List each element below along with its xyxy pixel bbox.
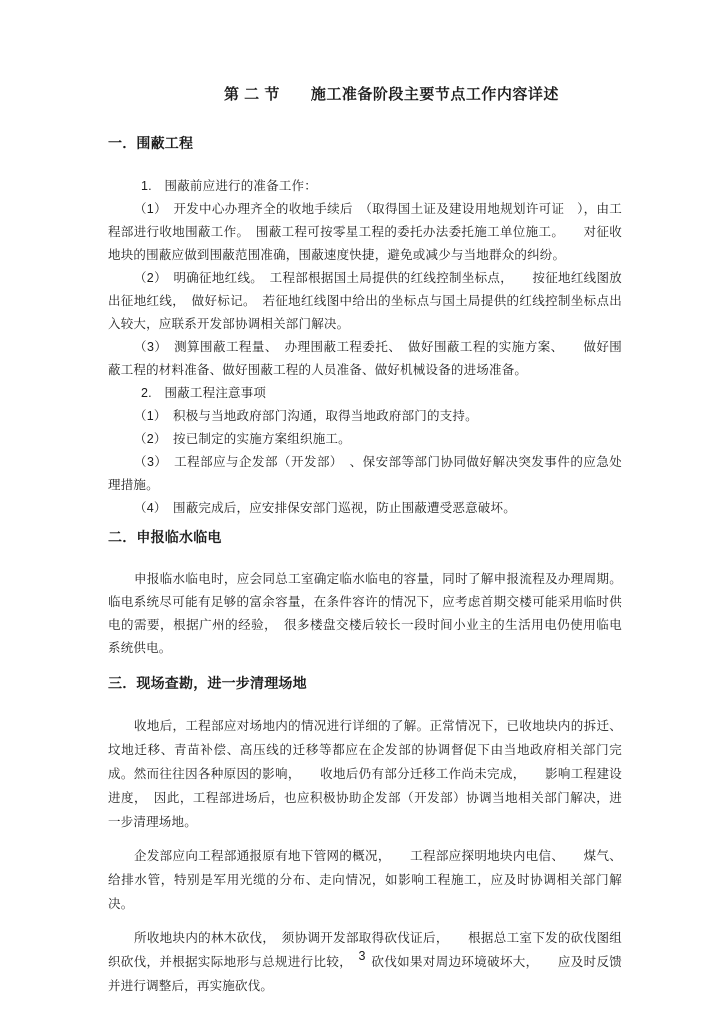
document-title: 第 二 节 施工准备阶段主要节点工作内容详述 <box>108 86 622 104</box>
paragraph: 收地后，工程部应对场地内的情况进行详细的了解。正常情况下，已收地块内的拆迁、坟地… <box>108 714 622 834</box>
numbered-item: 1. 围蔽前应进行的准备工作： <box>108 175 622 198</box>
section-heading: 三．现场查勘，进一步清理场地 <box>108 674 622 692</box>
paragraph: （2） 明确征地红线。 工程部根据国土局提供的红线控制坐标点， 按征地红线图放出… <box>108 267 622 336</box>
page-number: 3 <box>0 948 724 964</box>
paragraph: （4） 围蔽完成后，应安排保安部门巡视，防止围蔽遭受恶意破坏。 <box>108 497 622 520</box>
paragraph: （3） 测算围蔽工程量、 办理围蔽工程委托、 做好围蔽工程的实施方案、 做好围蔽… <box>108 336 622 382</box>
section-heading: 二．申报临水临电 <box>108 528 622 546</box>
paragraph: （1） 开发中心办理齐全的收地手续后 （取得国土证及建设用地规划许可证 ），由工… <box>108 198 622 267</box>
section-wall-enclosure: 一．围蔽工程 1. 围蔽前应进行的准备工作： （1） 开发中心办理齐全的收地手续… <box>108 134 622 520</box>
numbered-item: 2. 围蔽工程注意事项 <box>108 382 622 405</box>
paragraph: （3） 工程部应与企发部（开发部） 、保安部等部门协同做好解决突发事件的应急处理… <box>108 451 622 497</box>
section-temporary-water-power: 二．申报临水临电 申报临水临电时，应会同总工室确定临水临电的容量，同时了解申报流… <box>108 528 622 660</box>
paragraph: 申报临水临电时，应会同总工室确定临水临电的容量，同时了解申报流程及办理周期。临电… <box>108 568 622 660</box>
document-content: 第 二 节 施工准备阶段主要节点工作内容详述 一．围蔽工程 1. 围蔽前应进行的… <box>108 86 622 998</box>
paragraph: （2） 按已制定的实施方案组织施工。 <box>108 428 622 451</box>
section-heading: 一．围蔽工程 <box>108 134 622 152</box>
paragraph: 企发部应向工程部通报原有地下管网的概况， 工程部应探明地块内电信、 煤气、给排水… <box>108 844 622 916</box>
document-page: 第 二 节 施工准备阶段主要节点工作内容详述 一．围蔽工程 1. 围蔽前应进行的… <box>0 0 724 1024</box>
paragraph: （1） 积极与当地政府部门沟通，取得当地政府部门的支持。 <box>108 405 622 428</box>
